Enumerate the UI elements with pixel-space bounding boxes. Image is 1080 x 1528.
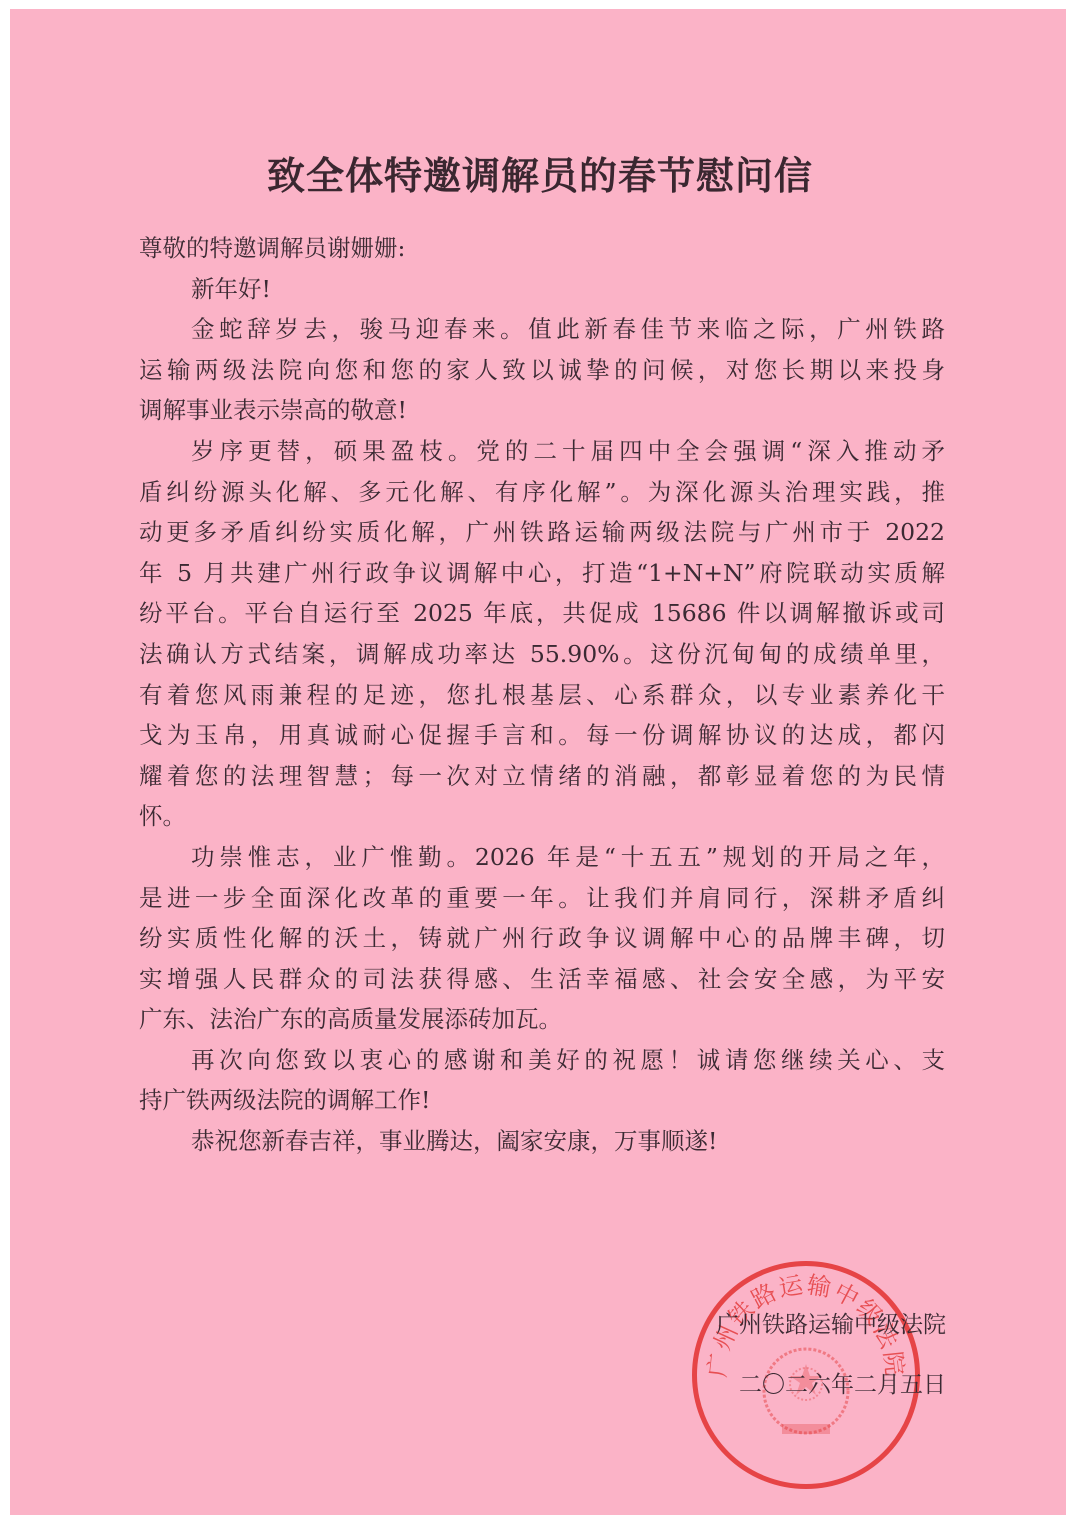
letter-line: 戈为玉帛，用真诚耐心促握手言和。每一份调解协议的达成，都闪: [139, 715, 945, 756]
greeting: 新年好!: [139, 269, 945, 310]
letter-paragraphs: 金蛇辞岁去，骏马迎春来。值此新春佳节来临之际，广州铁路运输两级法院向您和您的家人…: [139, 309, 945, 1161]
letter-line: 岁序更替，硕果盈枝。党的二十届四中全会强调“深入推动矛: [139, 431, 945, 472]
letter-line: 广东、法治广东的高质量发展添砖加瓦。: [139, 999, 945, 1040]
letter-line: 怀。: [139, 796, 945, 837]
letter-title: 致全体特邀调解员的春节慰问信: [0, 145, 1080, 200]
letter-line: 年 5 月共建广州行政争议调解中心，打造“1+N+N”府院联动实质解: [139, 553, 945, 594]
signature-organization: 广州铁路运输中级法院: [716, 1306, 946, 1339]
letter-line: 有着您风雨兼程的足迹，您扎根基层、心系群众，以专业素养化干: [139, 675, 945, 716]
letter-line: 功崇惟志，业广惟勤。2026 年是“十五五”规划的开局之年，: [139, 837, 945, 878]
letter-line: 纷实质性化解的沃土，铸就广州行政争议调解中心的品牌丰碑，切: [139, 918, 945, 959]
letter-line: 实增强人民群众的司法获得感、生活幸福感、社会安全感，为平安: [139, 959, 945, 1000]
letter-line: 耀着您的法理智慧；每一次对立情绪的消融，都彰显着您的为民情: [139, 756, 945, 797]
letter-line: 运输两级法院向您和您的家人致以诚挚的问候，对您长期以来投身: [139, 350, 945, 391]
letter-line: 法确认方式结案，调解成功率达 55.90%。这份沉甸甸的成绩单里，: [139, 634, 945, 675]
letter-line: 调解事业表示崇高的敬意!: [139, 390, 945, 431]
salutation: 尊敬的特邀调解员谢姗姗:: [139, 228, 945, 269]
letter-body: 尊敬的特邀调解员谢姗姗: 新年好! 金蛇辞岁去，骏马迎春来。值此新春佳节来临之际…: [139, 228, 945, 1162]
letter-line: 盾纠纷源头化解、多元化解、有序化解”。为深化源头治理实践，推: [139, 472, 945, 513]
letter-line: 动更多矛盾纠纷实质化解，广州铁路运输两级法院与广州市于 2022: [139, 512, 945, 553]
letter-line: 金蛇辞岁去，骏马迎春来。值此新春佳节来临之际，广州铁路: [139, 309, 945, 350]
letter-line: 持广铁两级法院的调解工作!: [139, 1080, 945, 1121]
signature-date: 二〇二六年二月五日: [739, 1366, 946, 1399]
letter-line: 是进一步全面深化改革的重要一年。让我们并肩同行，深耕矛盾纠: [139, 878, 945, 919]
letter-line: 恭祝您新春吉祥，事业腾达，阖家安康，万事顺遂!: [139, 1121, 945, 1162]
letter-line: 纷平台。平台自运行至 2025 年底，共促成 15686 件以调解撤诉或司: [139, 593, 945, 634]
letter-line: 再次向您致以衷心的感谢和美好的祝愿！诚请您继续关心、支: [139, 1040, 945, 1081]
